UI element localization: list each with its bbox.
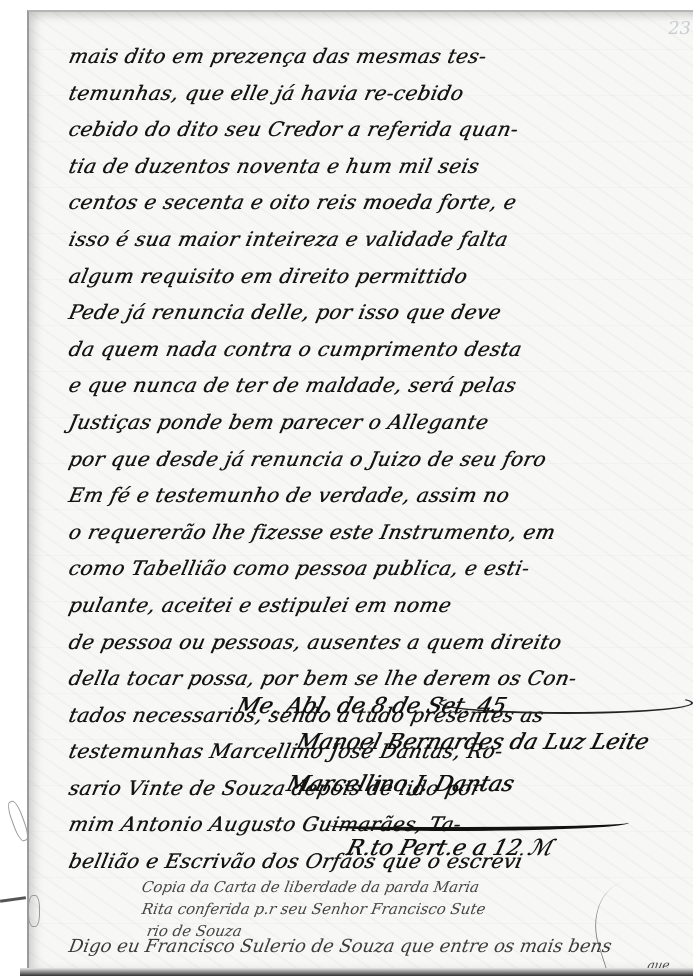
date-line: Me. Abl. de 8 de Set. 45 [234,694,509,719]
annotation-line: Copia da Carta de liberdade da parda Mar… [140,878,480,896]
manuscript-line: centos e secenta e oito reis moeda forte… [65,184,693,221]
binding-thread [0,896,26,903]
document-page: 23 mais dito em prezença das mesmas tes-… [27,10,693,970]
manuscript-line: Justiças ponde bem parecer o Allegante [65,404,693,441]
signature-witness: Marcellino J. Dantas [284,772,517,797]
fee-line: R.to Pert.e a 12 ℳ [344,836,555,861]
signature-notary: Manoel Bernardes da Luz Leite [294,730,652,755]
manuscript-line: de pessoa ou pessoas, ausentes a quem di… [65,624,693,661]
manuscript-line: e que nunca de ter de maldade, será pela… [65,367,693,404]
manuscript-line: da quem nada contra o cumprimento desta [65,331,693,368]
manuscript-line: mais dito em prezença das mesmas tes- [65,38,693,75]
manuscript-line: Pede já renuncia delle, por isso que dev… [65,294,693,331]
manuscript-line: della tocar possa, por bem se lhe derem … [65,660,693,697]
annotation-line: Rita conferida p.r seu Senhor Francisco … [140,900,487,918]
manuscript-line: o requererão lhe fizesse este Instrument… [65,514,693,551]
folio-number: 23 [668,18,691,39]
manuscript-line: por que desde já renuncia o Juizo de seu… [65,441,693,478]
manuscript-line: tia de duzentos noventa e hum mil seis [65,148,693,185]
manuscript-line: isso é sua maior inteireza e validade fa… [65,221,693,258]
manuscript-line: cebido do dito seu Credor a referida qua… [65,111,693,148]
manuscript-line: como Tabellião como pessoa publica, e es… [65,550,693,587]
annotation-line: Digo eu Francisco Sulerio de Souza que e… [67,936,613,957]
manuscript-line: Em fé e testemunho de verdade, assim no [65,477,693,514]
binding-thread-mark [28,895,40,927]
page-bottom-edge [20,968,693,976]
manuscript-line: pulante, aceitei e estipulei em nome [65,587,693,624]
manuscript-line: temunhas, que elle já havia re-cebido [65,75,693,112]
manuscript-line: algum requisito em direito permittido [65,258,693,295]
